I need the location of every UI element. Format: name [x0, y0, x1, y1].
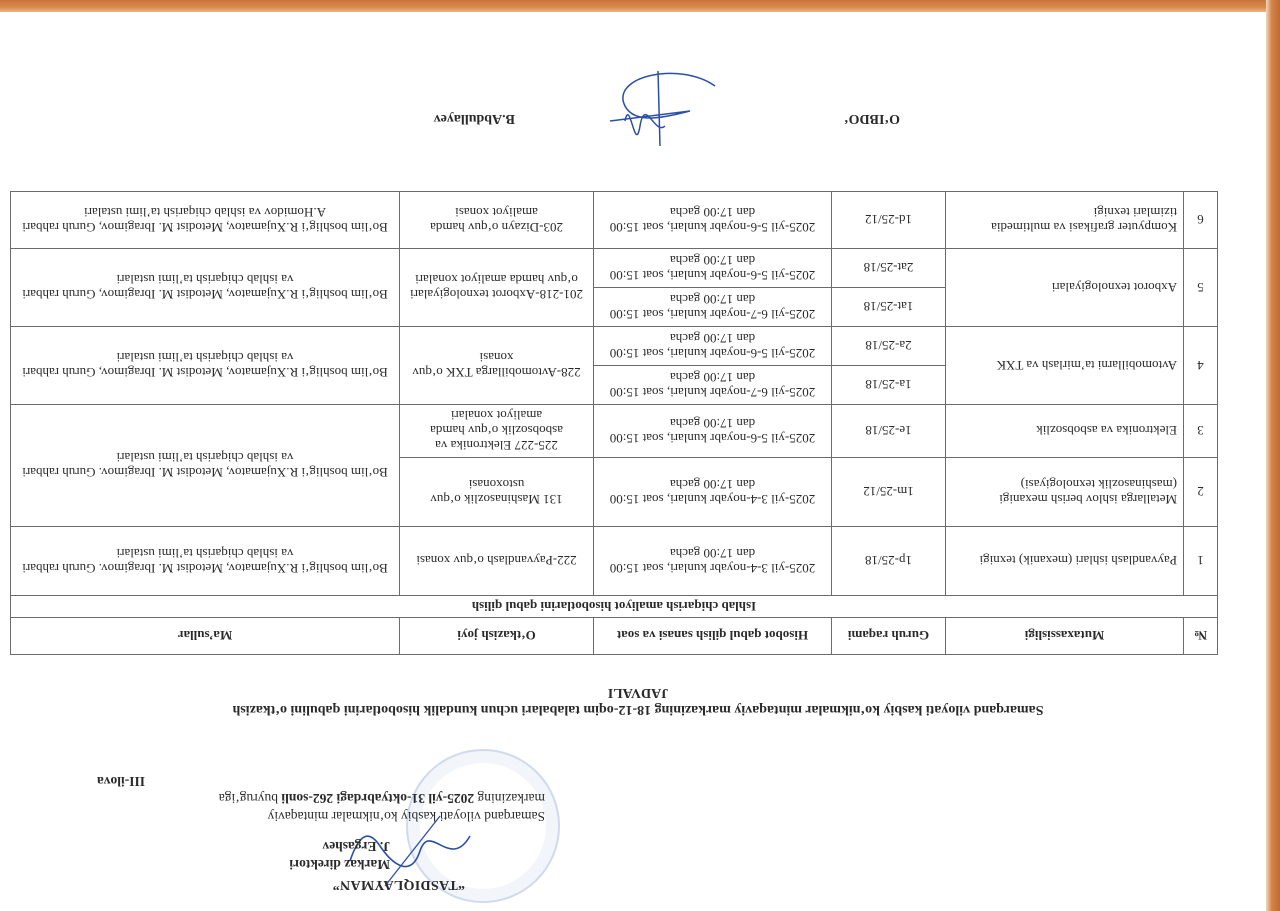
table-row: 1Payvandlash ishlari (mexanik) texnigi1p… [11, 527, 1218, 596]
table-row: 4Avtomobillarni ta’mirlash va TXK1a-25/1… [11, 366, 1218, 405]
order-number: 2025-yil 31-oktyabrdagi 262-sonli [281, 791, 474, 806]
scan-background-edge-top [0, 0, 1280, 12]
group-cell: 1p-25/18 [832, 527, 946, 596]
group-cell: 2a-25/18 [832, 327, 946, 366]
footer-signature-icon [600, 66, 720, 156]
heading-line-1: Samarqand viloyati kasbiy ko‘nikmalar mi… [78, 701, 1198, 718]
place-cell: 201-218-Axborot texnologiyalari o‘quv ha… [400, 249, 594, 327]
order-suffix: buyrug‘iga [219, 791, 282, 806]
table-row: 6Kompyuter grafikasi va multimedia tizim… [11, 192, 1218, 249]
responsible-cell: Bo‘lim boshlig‘i R.Xujamatov, Metodist M… [11, 249, 400, 327]
specialty-cell: Kompyuter grafikasi va multimedia tiziml… [946, 192, 1184, 249]
specialty-cell: Axborot texnologiyalari [946, 249, 1184, 327]
scan-background-edge-right [1266, 0, 1280, 911]
date-cell: 2025-yil 6-7-noyabr kunlari, soat 15:00 … [594, 288, 832, 327]
document-heading: Samarqand viloyati kasbiy ko‘nikmalar mi… [78, 684, 1198, 718]
section-row: Ishlab chiqarish amaliyot hisobotlarini … [11, 596, 1218, 618]
row-number: 2 [1184, 458, 1218, 527]
order-reference: markazining 2025-yil 31-oktyabrdagi 262-… [65, 790, 545, 807]
specialty-cell: Avtomobillarni ta’mirlash va TXK [946, 327, 1184, 405]
table-row: 2Metallarga ishlov berish mexanigi (mash… [11, 458, 1218, 527]
responsible-cell: Bo‘lim boshlig‘i R.Xujamatov, Metodist M… [11, 527, 400, 596]
table-row: 5Axborot texnologiyalari1at-25/182025-yi… [11, 288, 1218, 327]
date-cell: 2025-yil 3-4-noyabr kunlari, soat 15:00 … [594, 527, 832, 596]
responsible-cell: Bo‘lim boshlig‘i R.Xujamatov, Metodist M… [11, 327, 400, 405]
date-cell: 2025-yil 5-6-noyabr kunlari, soat 15:00 … [594, 327, 832, 366]
approver-name: J. Ergashev [323, 838, 391, 855]
specialty-cell: Elektronika va asbobsozlik [946, 405, 1184, 458]
place-cell: 203-Dizayn o‘quv hamda amaliyot xonasi [400, 192, 594, 249]
header-responsible: Ma’sullar [11, 618, 400, 655]
specialty-cell: Metallarga ishlov berish mexanigi (mashi… [946, 458, 1184, 527]
annex-label: III-ilova [97, 773, 145, 790]
section-title: Ishlab chiqarish amaliyot hisobotlarini … [11, 596, 1218, 618]
order-prefix: markazining [474, 791, 545, 806]
approver-role: Markaz direktori [289, 856, 390, 873]
date-cell: 2025-yil 5-6-noyabr kunlari, soat 15:00 … [594, 405, 832, 458]
place-cell: 131 Mashinasozlik o‘quv ustoxonasi [400, 458, 594, 527]
group-cell: 1a-25/18 [832, 366, 946, 405]
schedule-table: № Mutaxassisligi Guruh raqami Hisobot qa… [10, 191, 1218, 655]
table-header-row: № Mutaxassisligi Guruh raqami Hisobot qa… [11, 618, 1218, 655]
row-number: 4 [1184, 327, 1218, 405]
header-specialty: Mutaxassisligi [946, 618, 1184, 655]
approval-title: “TASDIQLAYMAN” [332, 876, 465, 893]
place-cell: 228-Avtomobillarga TXK o‘quv xonasi [400, 327, 594, 405]
date-cell: 2025-yil 5-6-noyabr kunlari, soat 15:00 … [594, 249, 832, 288]
group-cell: 1m-25/12 [832, 458, 946, 527]
responsible-cell: Bo‘lim boshlig‘i R.Xujamatov, Metodist M… [11, 405, 400, 527]
header-number: № [1184, 618, 1218, 655]
footer-name: B.Abdullayev [434, 110, 515, 126]
row-number: 6 [1184, 192, 1218, 249]
header-group: Guruh raqami [832, 618, 946, 655]
row-number: 3 [1184, 405, 1218, 458]
date-cell: 2025-yil 6-7-noyabr kunlari, soat 15:00 … [594, 366, 832, 405]
row-number: 5 [1184, 249, 1218, 327]
group-cell: 1d-25/12 [832, 192, 946, 249]
group-cell: 1at-25/18 [832, 288, 946, 327]
group-cell: 1e-25/18 [832, 405, 946, 458]
document-page: “TASDIQLAYMAN” Markaz direktori J. Ergas… [0, 0, 1280, 911]
header-date: Hisobot qabul qilish sanasi va soat [594, 618, 832, 655]
date-cell: 2025-yil 5-6-noyabr kunlari, soat 15:00 … [594, 192, 832, 249]
heading-line-2: JADVALI [78, 684, 1198, 701]
organization-name: Samarqand viloyati kasbiy ko‘nikmalar mi… [65, 808, 545, 825]
specialty-cell: Payvandlash ishlari (mexanik) texnigi [946, 527, 1184, 596]
place-cell: 222-Payvandlash o‘quv xonasi [400, 527, 594, 596]
footer-position: O‘IBDO‘ [844, 110, 900, 126]
responsible-cell: Bo‘lim boshlig‘i R.Xujamatov, Metodist M… [11, 192, 400, 249]
header-place: O‘tkazish joyi [400, 618, 594, 655]
group-cell: 2at-25/18 [832, 249, 946, 288]
date-cell: 2025-yil 3-4-noyabr kunlari, soat 15:00 … [594, 458, 832, 527]
place-cell: 225-227 Elektronika va asbobsozlik o‘quv… [400, 405, 594, 458]
row-number: 1 [1184, 527, 1218, 596]
